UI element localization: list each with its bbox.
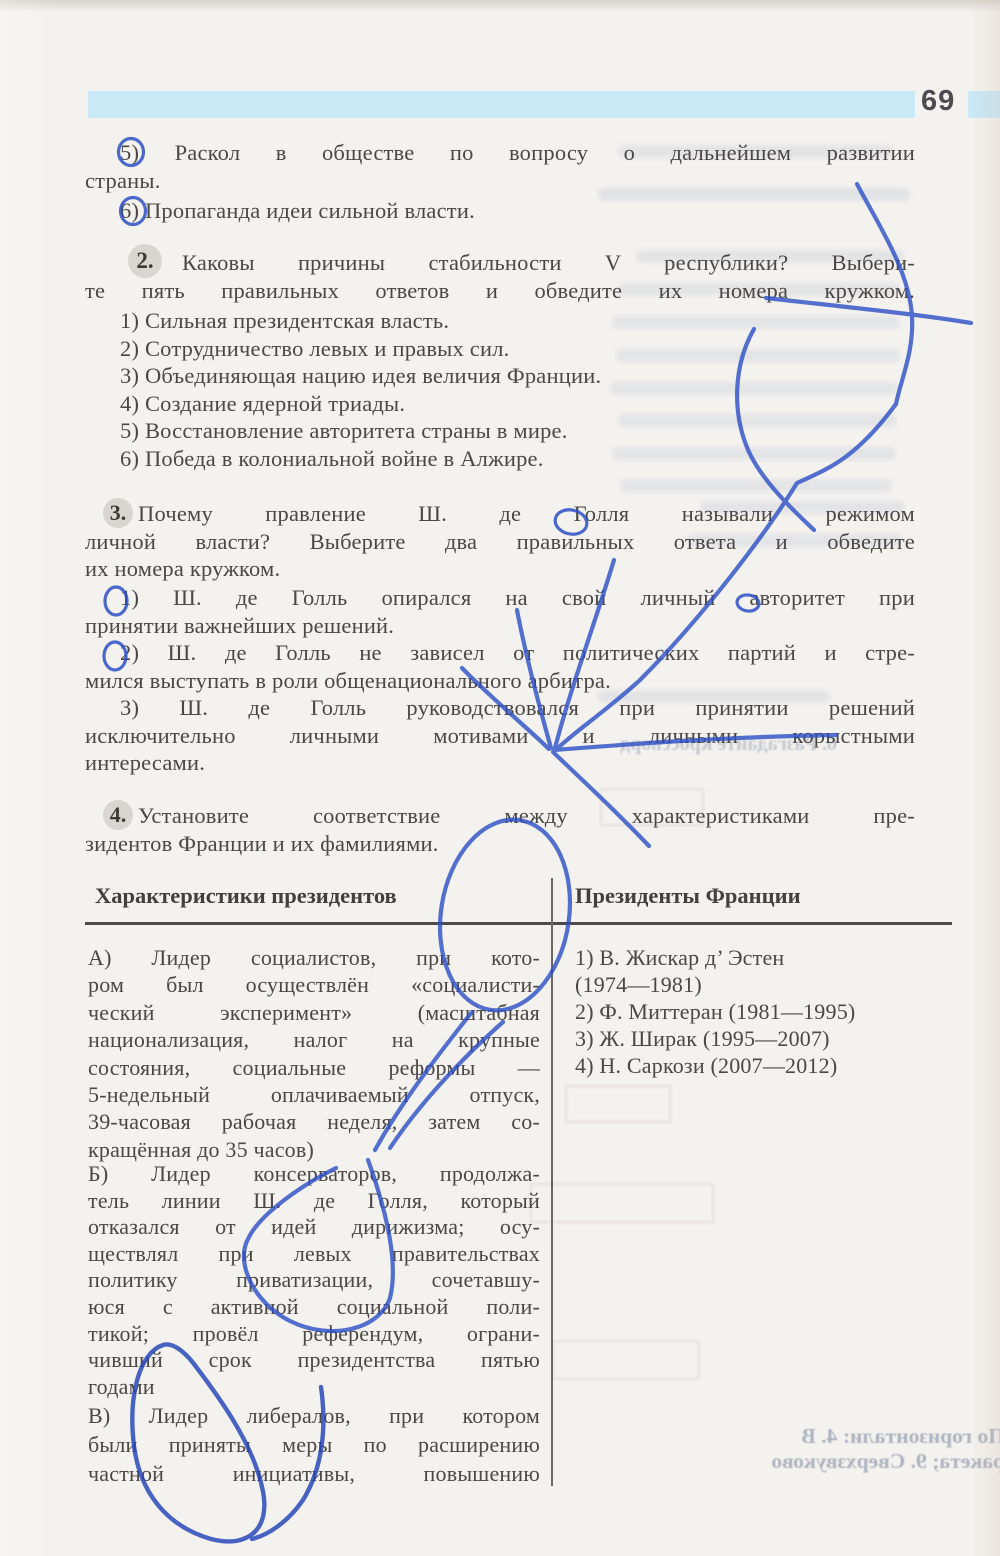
table-cell-v-line: частной инициативы, повышению [88,1459,540,1488]
question-2-option-3: 3) Объединяющая нацию идея величия Франц… [85,362,915,390]
workbook-page: 6. Разгадайте кроссворд По горизонтали: … [0,0,1000,1556]
answer-item-5-line: страны. [85,167,915,195]
question-3-option-3-line: 3) Ш. де Голль руководствовался при прин… [85,694,915,722]
header-bar-right-segment [968,91,1000,118]
table-cell-b-line: чивший срок президентства пятью [88,1347,540,1374]
answer-item-6-line: 6) Пропаганда идеи сильной власти. [85,197,915,225]
question-2-option-5: 5) Восстановление авторитета страны в ми… [85,417,915,445]
question-3-line: личной власти? Выберите два правильных о… [85,528,915,556]
question-3-option-3-line: исключительно личными мотивами и личными… [85,722,915,750]
table-cell-v-line: были приняты меры по расширению [88,1430,540,1459]
president-item: (1974—1981) [575,971,960,998]
question-3-option-2-line: мился выступать в роли общенационального… [85,667,915,695]
table-header-presidents: Президенты Франции [575,883,801,909]
question-2-text: Каковы причины стабильности V республики… [85,249,915,304]
question-2-option-6: 6) Победа в колониальной войне в Алжире. [85,445,915,473]
table-cell-a-line: 39-часовая рабочая неделя, затем со- [88,1108,540,1135]
question-3-option-2: 2) Ш. де Голль не зависел от политически… [85,639,915,694]
answer-item-5: 5) Раскол в обществе по вопросу о дальне… [85,139,915,194]
question-2-option-4: 4) Создание ядерной триады. [85,390,915,418]
table-presidents-list: 1) В. Жискар д’ Эстен (1974—1981) 2) Ф. … [575,944,960,1079]
table-cell-b-line: Б) Лидер консерваторов, продолжа- [88,1161,540,1188]
table-cell-b-line: ществлял при левых правительствах [88,1241,540,1268]
table-cell-a-line: А) Лидер социалистов, при кото- [88,944,540,971]
question-3-option-3-line: интересами. [85,749,915,777]
table-cell-a-line: ческий эксперимент» (масштабная [88,999,540,1026]
table-cell-b-line: тикой; провёл референдум, ограни- [88,1321,540,1348]
answer-item-5-line: 5) Раскол в обществе по вопросу о дальне… [85,139,915,167]
question-2-option-2: 2) Сотрудничество левых и правых сил. [85,335,915,363]
question-3-option-3: 3) Ш. де Голль руководствовался при прин… [85,694,915,777]
question-4-line: Установите соответствие между характерис… [85,802,915,830]
president-item: 2) Ф. Миттеран (1981—1995) [575,998,960,1025]
question-3-line: их номера кружком. [85,555,915,583]
table-cell-b-line: отказался от идей дирижизма; осу- [88,1214,540,1241]
table-cell-a-line: состояния, социальные реформы — [88,1054,540,1081]
table-header-rule [85,922,952,925]
table-cell-v-line: В) Лидер либералов, при котором [88,1401,540,1430]
president-item: 3) Ж. Ширак (1995—2007) [575,1025,960,1052]
answer-item-6: 6) Пропаганда идеи сильной власти. [85,197,915,225]
president-item: 4) Н. Саркози (2007—2012) [575,1052,960,1079]
bleed-bottom-line-1: По горизонтали: 4. В [585,1424,1000,1449]
question-3-option-1-line: принятии важнейших решений. [85,612,915,640]
question-4-line: зидентов Франции и их фамилиями. [85,830,915,858]
table-column-divider [551,878,553,1486]
question-2-options: 1) Сильная президентская власть. 2) Сотр… [85,307,915,472]
table-header-characteristics: Характеристики президентов [95,883,397,909]
question-3-option-2-line: 2) Ш. де Голль не зависел от политически… [85,639,915,667]
president-item: 1) В. Жискар д’ Эстен [575,944,960,971]
question-2-line: Каковы причины стабильности V республики… [85,249,915,277]
question-3-option-1: 1) Ш. де Голль опирался на свой личный а… [85,584,915,639]
question-3-line: Почему правление Ш. де Голля называли ре… [85,500,915,528]
table-cell-b-line: годами [88,1374,540,1401]
question-2-option-1: 1) Сильная президентская власть. [85,307,915,335]
page-number: 69 [921,85,955,118]
bleed-bottom-line-2: ракета; 9. Сверхзвуково [585,1449,1000,1474]
header-bar [88,91,915,118]
question-3-option-1-line: 1) Ш. де Голль опирался на свой личный а… [85,584,915,612]
table-cell-a-line: кращённая до 35 часов) [88,1136,540,1163]
question-2-line: те пять правильных ответов и обведите их… [85,277,915,305]
table-cell-b-line: тель линии Ш. де Голля, который [88,1188,540,1215]
question-3-text: Почему правление Ш. де Голля называли ре… [85,500,915,583]
table-cell-a-line: национализация, налог на крупные [88,1026,540,1053]
table-cell-b: Б) Лидер консерваторов, продолжа- тель л… [88,1161,540,1400]
table-cell-b-line: политику приватизации, сочетавшу- [88,1267,540,1294]
table-cell-a-line: 5-недельный оплачиваемый отпуск, [88,1081,540,1108]
question-4-text: Установите соответствие между характерис… [85,802,915,857]
table-cell-a: А) Лидер социалистов, при кото- ром был … [88,944,540,1163]
table-cell-v: В) Лидер либералов, при котором были при… [88,1401,540,1488]
table-cell-b-line: юся с активной социальной поли- [88,1294,540,1321]
table-cell-a-line: ром был осуществлён «социалисти- [88,971,540,998]
